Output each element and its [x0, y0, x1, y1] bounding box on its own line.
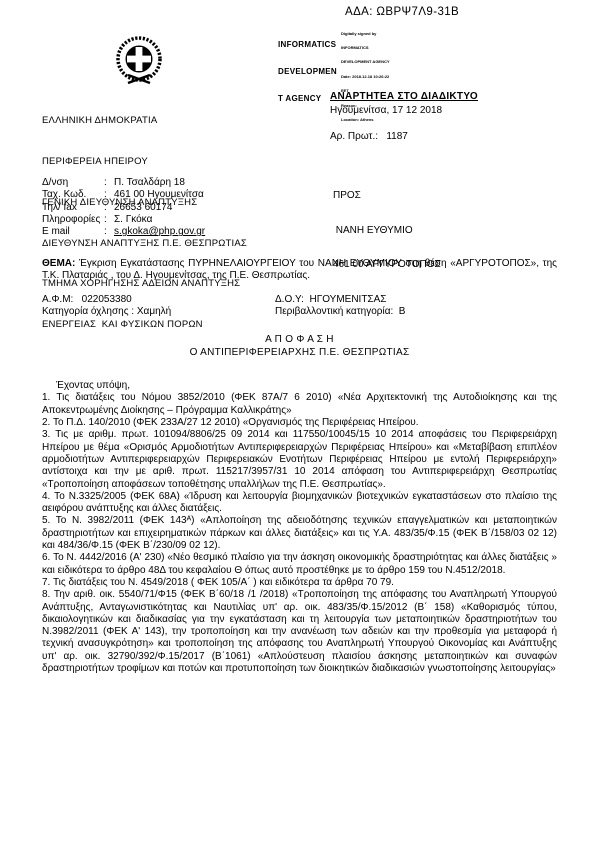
doy-value: Δ.Ο.Υ: ΗΓΟΥΜΕΝΙΤΣΑΣ — [275, 294, 386, 306]
anartitea-label: ΑΝΑΡΤΗΤΕΑ ΣΤΟ ΔΙΑΔΙΚΤΥΟ — [330, 91, 478, 103]
legal-item: 5. Το Ν. 3982/2011 (ΦΕΚ 143ᴬ) «Απλοποίησ… — [42, 515, 557, 552]
recipient-label: ΠΡΟΣ — [333, 190, 441, 202]
stamp-detail-line: Digitally signed by — [341, 32, 390, 37]
nuisance-category: Κατηγορία όχλησης : Χαμηλή — [42, 306, 275, 318]
contact-row: Τηλ/ fax : 26653 60174 — [42, 202, 205, 214]
protocol-number: Αρ. Πρωτ.: 1187 — [330, 131, 478, 143]
legal-item: 1. Τις διατάξεις του Νόμου 3852/2010 (ΦΕ… — [42, 392, 557, 417]
company-meta: Α.Φ.Μ: 022053380 Δ.Ο.Υ: ΗΓΟΥΜΕΝΙΤΣΑΣ Κατ… — [42, 294, 557, 319]
contact-label: Πληροφορίες — [42, 214, 104, 226]
subject-paragraph: ΘΕΜΑ: Έγκριση Εγκατάστασης ΠΥΡΗΝΕΛΑΙΟΥΡΓ… — [42, 258, 557, 283]
legal-item: 8. Την αριθ. οικ. 5540/71/Φ15 (ΦΕΚ Β΄60/… — [42, 589, 557, 675]
contact-row: Δ/νση : Π. Τσαλδάρη 18 — [42, 177, 205, 189]
contact-row: Πληροφορίες : Σ. Γκόκα — [42, 214, 205, 226]
legal-item: 3. Τις με αριθμ. πρωτ. 101094/8806/25 09… — [42, 429, 557, 490]
stamp-agency-line: DEVELOPMEN — [278, 67, 337, 76]
contact-separator: : — [104, 177, 114, 189]
contact-separator: : — [104, 202, 114, 214]
recipient-name: ΝΑΝΗ ΕΥΘΥΜΙΟ — [333, 225, 441, 237]
agency-line: ΔΙΕΥΘΥΝΣΗ ΑΝΑΠΤΥΞΗΣ Π.Ε. ΘΕΣΠΡΩΤΙΑΣ — [42, 237, 247, 251]
stamp-agency-name: INFORMATICS DEVELOPMEN T AGENCY — [278, 22, 337, 132]
contact-label: Ταχ. Κωδ. — [42, 189, 104, 201]
contact-row: E mail : s.gkoka@php.gov.gr — [42, 226, 205, 238]
decision-heading: Α Π Ο Φ Α Σ Η Ο ΑΝΤΙΠΕΡΙΦΕΡΕΙΑΡΧΗΣ Π.Ε. … — [42, 334, 557, 359]
stamp-agency-line: INFORMATICS — [278, 40, 337, 49]
subject-text: Έγκριση Εγκατάστασης ΠΥΡΗΝΕΛΑΙΟΥΡΓΕΙΟΥ τ… — [42, 258, 557, 281]
contact-label: E mail — [42, 226, 104, 238]
legal-item: 7. Τις διατάξεις του Ν. 4549/2018 ( ΦΕΚ … — [42, 577, 557, 589]
contact-value: 461 00 Ηγουμενίτσα — [114, 189, 204, 201]
stamp-detail-line: Date: 2018.12.18 10:26:22 — [341, 75, 390, 80]
contact-separator: : — [104, 214, 114, 226]
contact-label: Δ/νση — [42, 177, 104, 189]
document-body: ΘΕΜΑ: Έγκριση Εγκατάστασης ΠΥΡΗΝΕΛΑΙΟΥΡΓ… — [42, 258, 557, 675]
meta-row: Κατηγορία όχλησης : Χαμηλή Περιβαλλοντικ… — [42, 306, 557, 318]
agency-line: ΕΛΛΗΝΙΚΗ ΔΗΜΟΚΡΑΤΙΑ — [42, 114, 247, 128]
contact-value: Π. Τσαλδάρη 18 — [114, 177, 185, 189]
contact-block: Δ/νση : Π. Τσαλδάρη 18 Ταχ. Κωδ. : 461 0… — [42, 177, 205, 238]
contact-label: Τηλ/ fax — [42, 202, 104, 214]
contact-separator: : — [104, 189, 114, 201]
stamp-detail-line: DEVELOPMENT AGENCY — [341, 60, 390, 65]
document-meta-header: ΑΝΑΡΤΗΤΕΑ ΣΤΟ ΔΙΑΔΙΚΤΥΟ Ηγουμενίτσα, 17 … — [330, 91, 478, 143]
agency-line: ΠΕΡΙΦΕΡΕΙΑ ΗΠΕΙΡΟΥ — [42, 155, 247, 169]
legal-item: 2. Το Π.Δ. 140/2010 (ΦΕΚ 233Α/27 12 2010… — [42, 417, 557, 429]
contact-value: 26653 60174 — [114, 202, 172, 214]
decision-subtitle: Ο ΑΝΤΙΠΕΡΙΦΕΡΕΙΑΡΧΗΣ Π.Ε. ΘΕΣΠΡΩΤΙΑΣ — [42, 347, 557, 360]
stamp-agency-line: T AGENCY — [278, 94, 337, 103]
meta-row: Α.Φ.Μ: 022053380 Δ.Ο.Υ: ΗΓΟΥΜΕΝΙΤΣΑΣ — [42, 294, 557, 306]
ada-code: ΑΔΑ: ΩΒΡΨ7Λ9-31Β — [345, 6, 459, 18]
preamble: Έχοντας υπόψη, — [42, 380, 557, 392]
email-link[interactable]: s.gkoka@php.gov.gr — [114, 226, 205, 238]
environmental-category: Περιβαλλοντική κατηγορία: Β — [275, 306, 405, 318]
document-page: ΑΔΑ: ΩΒΡΨ7Λ9-31Β INFORMATICS DEVELOPMEN … — [0, 0, 595, 842]
contact-value: Σ. Γκόκα — [114, 214, 152, 226]
place-date: Ηγουμενίτσα, 17 12 2018 — [330, 105, 478, 117]
afm-value: Α.Φ.Μ: 022053380 — [42, 294, 275, 306]
contact-row: Ταχ. Κωδ. : 461 00 Ηγουμενίτσα — [42, 189, 205, 201]
stamp-detail-line: INFORMATICS — [341, 46, 390, 51]
decision-title: Α Π Ο Φ Α Σ Η — [42, 334, 557, 347]
contact-separator: : — [104, 226, 114, 238]
legal-item: 6. Το Ν. 4442/2016 (Α' 230) «Νέο θεσμικό… — [42, 552, 557, 577]
legal-item: 4. Το Ν.3325/2005 (ΦΕΚ 68Α) «Ίδρυση και … — [42, 491, 557, 516]
subject-label: ΘΕΜΑ: — [42, 258, 75, 269]
